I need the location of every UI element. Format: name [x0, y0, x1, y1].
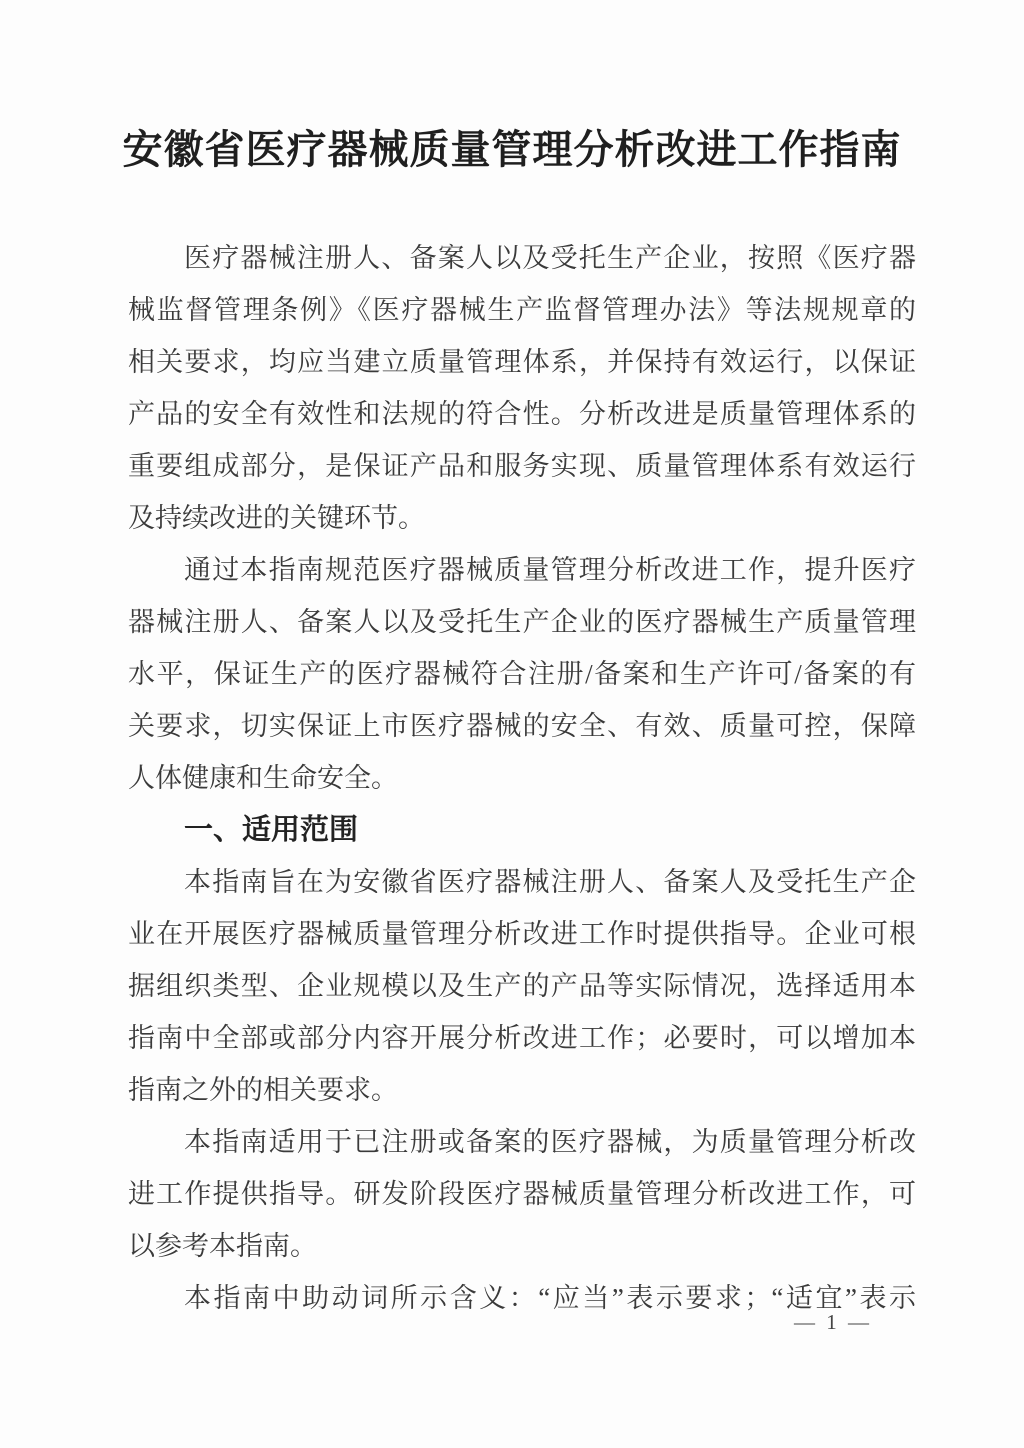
document-line: 进工作提供指导。研发阶段医疗器械质量管理分析改进工作，可 [128, 1168, 916, 1220]
page-number: — 1 — [794, 1310, 872, 1335]
document-line: 及持续改进的关键环节。 [128, 492, 916, 544]
document-line: 据组织类型、企业规模以及生产的产品等实际情况，选择适用本 [128, 960, 916, 1012]
document-page: 安徽省医疗器械质量管理分析改进工作指南 医疗器械注册人、备案人以及受托生产企业，… [0, 0, 1024, 1448]
document-line: 业在开展医疗器械质量管理分析改进工作时提供指导。企业可根 [128, 908, 916, 960]
document-line: 人体健康和生命安全。 [128, 752, 916, 804]
document-line: 器械注册人、备案人以及受托生产企业的医疗器械生产质量管理 [128, 596, 916, 648]
document-line: 指南中全部或部分内容开展分析改进工作；必要时，可以增加本 [128, 1012, 916, 1064]
document-line: 关要求，切实保证上市医疗器械的安全、有效、质量可控，保障 [128, 700, 916, 752]
document-line: 产品的安全有效性和法规的符合性。分析改进是质量管理体系的 [128, 388, 916, 440]
document-body: 医疗器械注册人、备案人以及受托生产企业，按照《医疗器械监督管理条例》《医疗器械生… [128, 232, 916, 1324]
document-line: 相关要求，均应当建立质量管理体系，并保持有效运行，以保证 [128, 336, 916, 388]
document-title: 安徽省医疗器械质量管理分析改进工作指南 [0, 118, 1024, 175]
document-line: 医疗器械注册人、备案人以及受托生产企业，按照《医疗器 [128, 232, 916, 284]
document-line: 通过本指南规范医疗器械质量管理分析改进工作，提升医疗 [128, 544, 916, 596]
document-line: 指南之外的相关要求。 [128, 1064, 916, 1116]
document-line: 重要组成部分，是保证产品和服务实现、质量管理体系有效运行 [128, 440, 916, 492]
section-heading: 一、适用范围 [128, 804, 916, 856]
document-line: 本指南旨在为安徽省医疗器械注册人、备案人及受托生产企 [128, 856, 916, 908]
document-line: 水平，保证生产的医疗器械符合注册/备案和生产许可/备案的有 [128, 648, 916, 700]
document-line: 本指南适用于已注册或备案的医疗器械，为质量管理分析改 [128, 1116, 916, 1168]
document-line: 械监督管理条例》《医疗器械生产监督管理办法》等法规规章的 [128, 284, 916, 336]
document-line: 以参考本指南。 [128, 1220, 916, 1272]
